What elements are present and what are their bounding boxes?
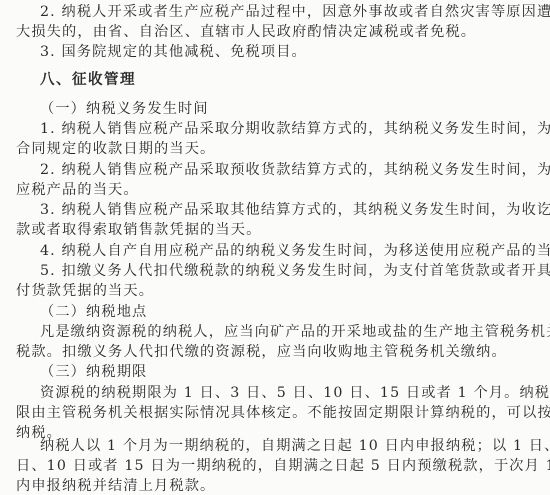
text-line: 限由主管税务机关根据实际情况具体核定。不能按固定期限计算纳税的，可以按次计算 bbox=[16, 403, 536, 423]
text-line: （三）纳税期限 bbox=[40, 362, 536, 382]
text-line: 合同规定的收款日期的当天。 bbox=[16, 139, 536, 159]
text-line: 款或者取得索取销售款凭据的当天。 bbox=[16, 220, 536, 240]
text-line: 凡是缴纳资源税的纳税人，应当向矿产品的开采地或盐的生产地主管税务机关缴纳 bbox=[40, 322, 536, 342]
text-line: 大损失的，由省、自治区、直辖市人民政府酌情决定减税或者免税。 bbox=[16, 22, 536, 42]
text-line: （一）纳税义务发生时间 bbox=[40, 99, 536, 119]
text-line: 内申报纳税并结清上月税款。 bbox=[16, 476, 536, 495]
text-line: 付货款凭据的当天。 bbox=[16, 281, 536, 301]
text-line: 2. 纳税人开采或者生产应税产品过程中，因意外事故或者自然灾害等原因遭受重 bbox=[40, 2, 536, 22]
text-line: 资源税的纳税期限为 1 日、3 日、5 日、10 日、15 日或者 1 个月。纳… bbox=[40, 383, 536, 403]
text-line: 2. 纳税人销售应税产品采取预收货款结算方式的，其纳税义务发生时间，为发出 bbox=[40, 160, 536, 180]
text-line: 1. 纳税人销售应税产品采取分期收款结算方式的，其纳税义务发生时间，为销售 bbox=[40, 119, 536, 139]
text-line: 税款。扣缴义务人代扣代缴的资源税，应当向收购地主管税务机关缴纳。 bbox=[16, 342, 536, 362]
text-line: 3. 纳税人销售应税产品采取其他结算方式的，其纳税义务发生时间，为收讫销售 bbox=[40, 200, 536, 220]
text-line: 日、10 日或者 15 日为一期纳税的，自期满之日起 5 日内预缴税款，于次月 … bbox=[16, 456, 536, 476]
text-line: 5. 扣缴义务人代扣代缴税款的纳税义务发生时间，为支付首笔货款或者开具应支 bbox=[40, 261, 536, 281]
text-line: 3. 国务院规定的其他减税、免税项目。 bbox=[40, 42, 536, 62]
text-line: 4. 纳税人自产自用应税产品的纳税义务发生时间，为移送使用应税产品的当天。 bbox=[40, 241, 536, 261]
section-heading: 八、征收管理 bbox=[40, 70, 536, 90]
text-line: （二）纳税地点 bbox=[40, 302, 536, 322]
text-line: 纳税人以 1 个月为一期纳税的，自期满之日起 10 日内申报纳税；以 1 日、3… bbox=[40, 436, 536, 456]
document-page: 2. 纳税人开采或者生产应税产品过程中，因意外事故或者自然灾害等原因遭受重大损失… bbox=[0, 0, 550, 495]
text-line: 应税产品的当天。 bbox=[16, 180, 536, 200]
